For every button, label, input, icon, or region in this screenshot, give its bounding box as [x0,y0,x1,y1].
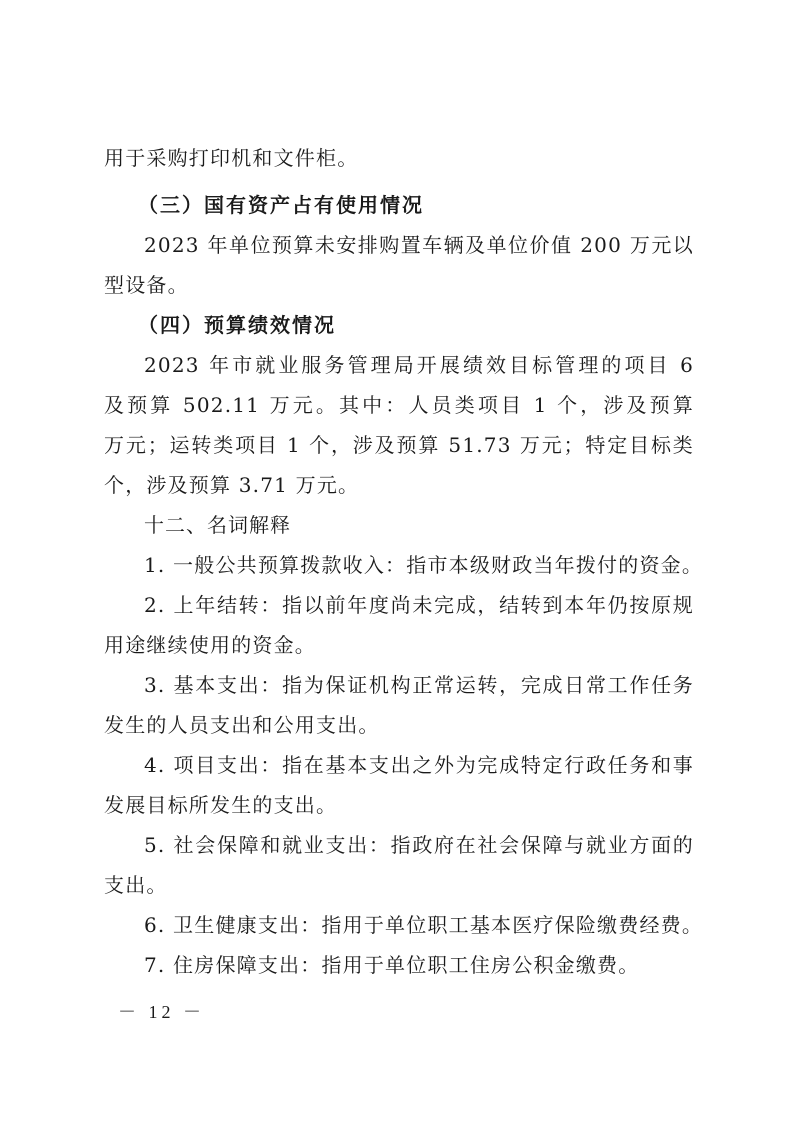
glossary-item-5-line-2: 支出。 [104,872,694,898]
glossary-item-4-line-1: 4. 项目支出：指在基本支出之外为完成特定行政任务和事业 [144,752,694,778]
glossary-item-3-line-2: 发生的人员支出和公用支出。 [104,712,694,738]
glossary-item-5-line-1: 5. 社会保障和就业支出：指政府在社会保障与就业方面的 [144,832,694,858]
section-heading-glossary: 十二、名词解释 [144,512,694,538]
paragraph-performance-line-1: 2023 年市就业服务管理局开展绩效目标管理的项目 6 个，涉 [144,352,694,378]
section-heading-performance: （四）预算绩效情况 [138,312,688,338]
section-heading-assets: （三）国有资产占有使用情况 [138,192,688,218]
page-number: － 12 － [118,998,205,1024]
glossary-item-1: 1. 一般公共预算拨款收入：指市本级财政当年拨付的资金。 [144,552,694,578]
paragraph-performance-line-3: 万元；运转类项目 1 个，涉及预算 51.73 万元；特定目标类项目 4 [104,432,694,458]
glossary-item-7: 7. 住房保障支出：指用于单位职工住房公积金缴费。 [144,952,694,978]
glossary-item-2-line-2: 用途继续使用的资金。 [104,632,694,658]
glossary-item-6: 6. 卫生健康支出：指用于单位职工基本医疗保险缴费经费。 [144,912,694,938]
paragraph-continuation: 用于采购打印机和文件柜。 [104,145,694,171]
paragraph-performance-line-4: 个，涉及预算 3.71 万元。 [104,472,694,498]
paragraph-assets-line-2: 型设备。 [104,272,694,298]
glossary-item-4-line-2: 发展目标所发生的支出。 [104,792,694,818]
document-page: 用于采购打印机和文件柜。 （三）国有资产占有使用情况 2023 年单位预算未安排… [0,0,793,1122]
paragraph-performance-line-2: 及预算 502.11 万元。其中：人员类项目 1 个，涉及预算 446.67 [104,392,694,418]
glossary-item-2-line-1: 2. 上年结转：指以前年度尚未完成，结转到本年仍按原规定 [144,592,694,618]
glossary-item-3-line-1: 3. 基本支出：指为保证机构正常运转，完成日常工作任务而 [144,672,694,698]
paragraph-assets-line-1: 2023 年单位预算未安排购置车辆及单位价值 200 万元以上大 [144,232,694,258]
